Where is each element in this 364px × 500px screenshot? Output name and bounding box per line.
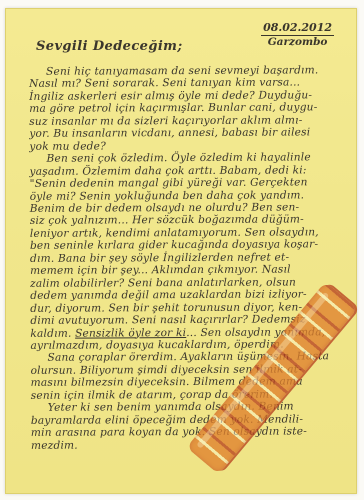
letter-signature: Garzombo	[261, 36, 334, 49]
letter-line: Seni hiç tanıyamasam da seni sevmeyi baş…	[29, 64, 351, 78]
letter-line: ma göre petrol için kaçırmışlar. Bunlar …	[29, 102, 351, 116]
letter-line: ben seninle kırlara gider kucağında doya…	[30, 239, 352, 253]
date-block: 08.02.2012 Garzombo	[261, 21, 334, 49]
letter-date: 08.02.2012	[261, 21, 334, 36]
letter-line: yor. Bu insanların vicdanı, annesi, baba…	[29, 126, 351, 140]
underlined-phrase: Sensizlik öyle zor ki	[75, 327, 186, 340]
letter-line: öyle mi? Senin yokluğunda ben daha çok y…	[30, 189, 352, 203]
letter-line: Ben seni çok özledim. Öyle özledim ki ha…	[29, 151, 351, 165]
letter-line: min arasına para koyan da yok. Sen olsay…	[31, 425, 353, 439]
letter-line: "Senin dedenin mangal gibi yüreği var. G…	[30, 176, 352, 190]
letter-line: dedem yanımda değil ama uzaklardan bizi …	[30, 288, 352, 302]
letter-body: Seni hiç tanıyamasam da seni sevmeyi baş…	[29, 64, 353, 452]
letter-paper: 08.02.2012 Garzombo Sevgili Dedeceğim; S…	[5, 8, 357, 494]
letter-salutation: Sevgili Dedeceğim;	[36, 39, 183, 54]
